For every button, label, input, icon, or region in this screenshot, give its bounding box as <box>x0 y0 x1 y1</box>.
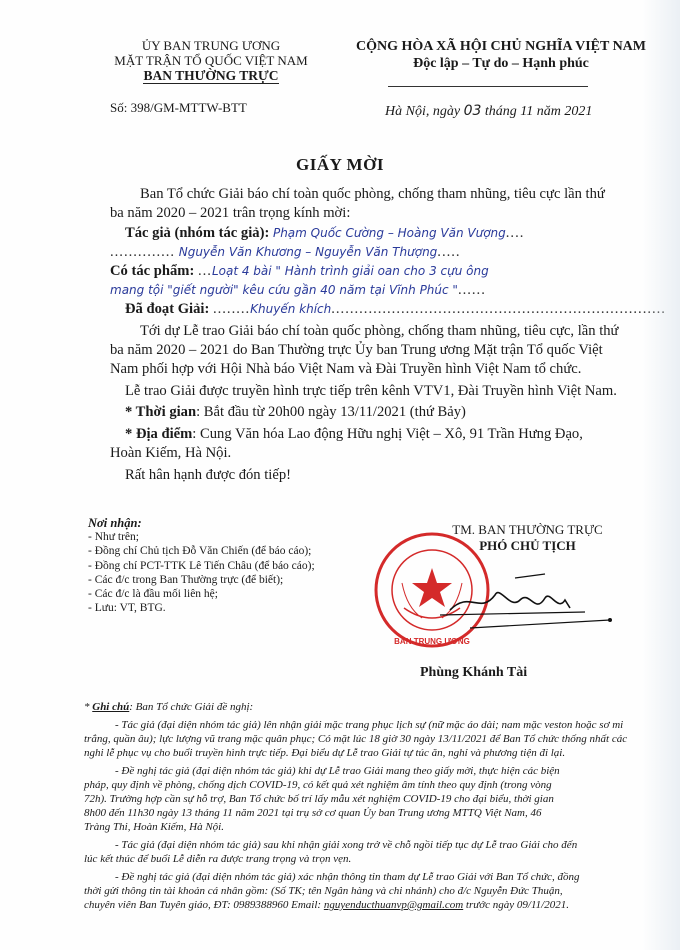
authors-value-2: Nguyễn Văn Khương – Nguyễn Văn Thượng <box>179 245 438 259</box>
signature-title-1: TM. BAN THƯỜNG TRỰC <box>395 522 660 538</box>
note-2-line-3: 72h). Trường hợp cần sự hỗ trợ, Ban Tổ c… <box>84 792 554 806</box>
note-4-contact: chuyên viên Ban Tuyên giáo, ĐT: 09893889… <box>84 899 324 911</box>
issuing-agency-block: ỦY BAN TRUNG ƯƠNG MẶT TRẬN TỔ QUỐC VIỆT … <box>82 38 340 84</box>
body-p1-line-1: Tới dự Lễ trao Giải báo chí toàn quốc ph… <box>140 322 618 341</box>
intro-line-2: ba năm 2020 – 2021 trân trọng kính mời: <box>110 204 350 223</box>
note-4-line-2: thời gửi thông tin tài khoản cá nhân gồm… <box>84 884 563 898</box>
notes-heading-suffix: : Ban Tổ chức Giải đề nghị: <box>129 701 253 713</box>
event-time: * Thời gian: Bắt đầu từ 20h00 ngày 13/11… <box>125 403 466 422</box>
date-day-handwritten: 03 <box>464 103 482 119</box>
date-suffix: tháng 11 năm 2021 <box>485 104 592 119</box>
body-p1-line-3: Nam phối hợp với Hội Nhà báo Việt Nam và… <box>110 360 581 379</box>
national-motto: Độc lập – Tự do – Hạnh phúc <box>332 55 670 72</box>
agency-line-2: MẶT TRẬN TỔ QUỐC VIỆT NAM <box>82 53 340 68</box>
time-label: * Thời gian <box>125 404 196 420</box>
agency-line-1: ỦY BAN TRUNG ƯƠNG <box>82 38 340 53</box>
notes-asterisk: * <box>84 701 92 713</box>
authors-label: Tác giả (nhóm tác giả): <box>125 225 269 241</box>
note-1-line-3: nghi lễ phục vụ cho buổi truyền hình trự… <box>84 746 565 760</box>
document-title: GIẤY MỜI <box>0 155 680 175</box>
svg-text:BAN TRUNG ƯƠNG: BAN TRUNG ƯƠNG <box>394 637 470 646</box>
event-place: * Địa điểm: Cung Văn hóa Lao động Hữu ng… <box>125 425 583 444</box>
note-2-line-5: Tràng Thi, Hoàn Kiếm, Hà Nội. <box>84 820 224 834</box>
document-number: Số: 398/GM-MTTW-BTT <box>110 100 247 116</box>
award-label: Đã đoạt Giải: <box>125 301 209 317</box>
work-value-1: Loạt 4 bài " Hành trình giải oan cho 3 c… <box>212 264 489 278</box>
note-1-line-1: - Tác giả (đại diện nhóm tác giả) lên nh… <box>115 718 623 732</box>
note-4-line-3: chuyên viên Ban Tuyên giáo, ĐT: 09893889… <box>84 898 569 912</box>
closing-line: Rất hân hạnh được đón tiếp! <box>125 466 291 485</box>
recipients-block: Nơi nhận: - Như trên; - Đồng chí Chủ tịc… <box>88 516 315 615</box>
award-field: Đã đoạt Giải: ........Khuyến khích......… <box>125 300 666 319</box>
intro-line-1: Ban Tổ chức Giải báo chí toàn quốc phòng… <box>140 185 605 204</box>
note-3-line-1: - Tác giả (đại diện nhóm tác giả) sau kh… <box>115 838 577 852</box>
invitation-document: ỦY BAN TRUNG ƯƠNG MẶT TRẬN TỔ QUỐC VIỆT … <box>0 0 680 950</box>
place-value-1: : Cung Văn hóa Lao động Hữu nghị Việt – … <box>192 426 583 442</box>
note-3-line-2: lúc kết thúc để buổi Lễ diễn ra được tra… <box>84 852 351 866</box>
recipient-item: - Các đ/c là đầu mối liên hệ; <box>88 587 315 601</box>
signature-block: TM. BAN THƯỜNG TRỰC PHÓ CHỦ TỊCH <box>395 522 660 554</box>
authors-field-cont: .............. Nguyễn Văn Khương – Nguyễ… <box>110 243 461 262</box>
body-p2: Lễ trao Giải được truyền hình trực tiếp … <box>125 382 617 401</box>
work-value-2: mang tội "giết người" kêu cứu gần 40 năm… <box>110 283 458 297</box>
recipient-item: - Đồng chí PCT-TTK Lê Tiến Châu (để báo … <box>88 559 315 573</box>
notes-heading: * Ghi chú: Ban Tổ chức Giải đề nghị: <box>84 700 253 714</box>
handwritten-signature-icon <box>440 570 640 630</box>
motto-underline <box>388 86 588 87</box>
signer-name: Phùng Khánh Tài <box>420 665 527 681</box>
national-title: CỘNG HÒA XÃ HỘI CHỦ NGHĨA VIỆT NAM <box>332 38 670 55</box>
time-value: : Bắt đầu từ 20h00 ngày 13/11/2021 (thứ … <box>196 404 466 420</box>
issue-date: Hà Nội, ngày 03 tháng 11 năm 2021 <box>385 103 592 120</box>
notes-heading-label: Ghi chú <box>92 701 129 713</box>
scan-edge-shadow <box>642 0 680 950</box>
recipient-item: - Đồng chí Chủ tịch Đỗ Văn Chiến (để báo… <box>88 544 315 558</box>
award-value: Khuyến khích <box>250 302 331 316</box>
note-2-line-4: 8h00 đến 11h30 ngày 13 tháng 11 năm 2021… <box>84 806 542 820</box>
note-2-line-2: pháp, quy định về phòng, chống dịch COVI… <box>84 778 552 792</box>
recipient-item: - Các đ/c trong Ban Thường trực (để biết… <box>88 573 315 587</box>
note-4-deadline: trước ngày 09/11/2021. <box>463 899 569 911</box>
authors-field: Tác giả (nhóm tác giả): Phạm Quốc Cường … <box>125 224 524 243</box>
recipients-heading: Nơi nhận: <box>88 516 315 530</box>
signature-title-2: PHÓ CHỦ TỊCH <box>395 538 660 554</box>
work-field: Có tác phẩm: ...Loạt 4 bài " Hành trình … <box>110 262 489 281</box>
work-label: Có tác phẩm: <box>110 263 194 279</box>
recipient-item: - Như trên; <box>88 530 315 544</box>
agency-line-3: BAN THƯỜNG TRỰC <box>143 69 278 84</box>
national-header-block: CỘNG HÒA XÃ HỘI CHỦ NGHĨA VIỆT NAM Độc l… <box>332 38 670 72</box>
note-2-line-1: - Đề nghị tác giả (đại diện nhóm tác giả… <box>115 764 560 778</box>
authors-value-1: Phạm Quốc Cường – Hoàng Văn Vượng <box>273 226 506 240</box>
note-1-line-2: trắng, quần âu); lực lượng vũ trang mặc … <box>84 732 627 746</box>
recipient-item: - Lưu: VT, BTG. <box>88 601 315 615</box>
note-4-line-1: - Đề nghị tác giả (đại diện nhóm tác giả… <box>115 870 580 884</box>
body-p1-line-2: ba năm 2020 – 2021 do Ban Thường trực Ủy… <box>110 341 603 360</box>
contact-email-link[interactable]: nguyenducthuanvp@gmail.com <box>324 899 463 911</box>
place-value-2: Hoàn Kiếm, Hà Nội. <box>110 444 231 463</box>
work-field-cont: mang tội "giết người" kêu cứu gần 40 năm… <box>110 281 486 300</box>
date-prefix: Hà Nội, ngày <box>385 104 460 119</box>
place-label: * Địa điểm <box>125 426 192 442</box>
